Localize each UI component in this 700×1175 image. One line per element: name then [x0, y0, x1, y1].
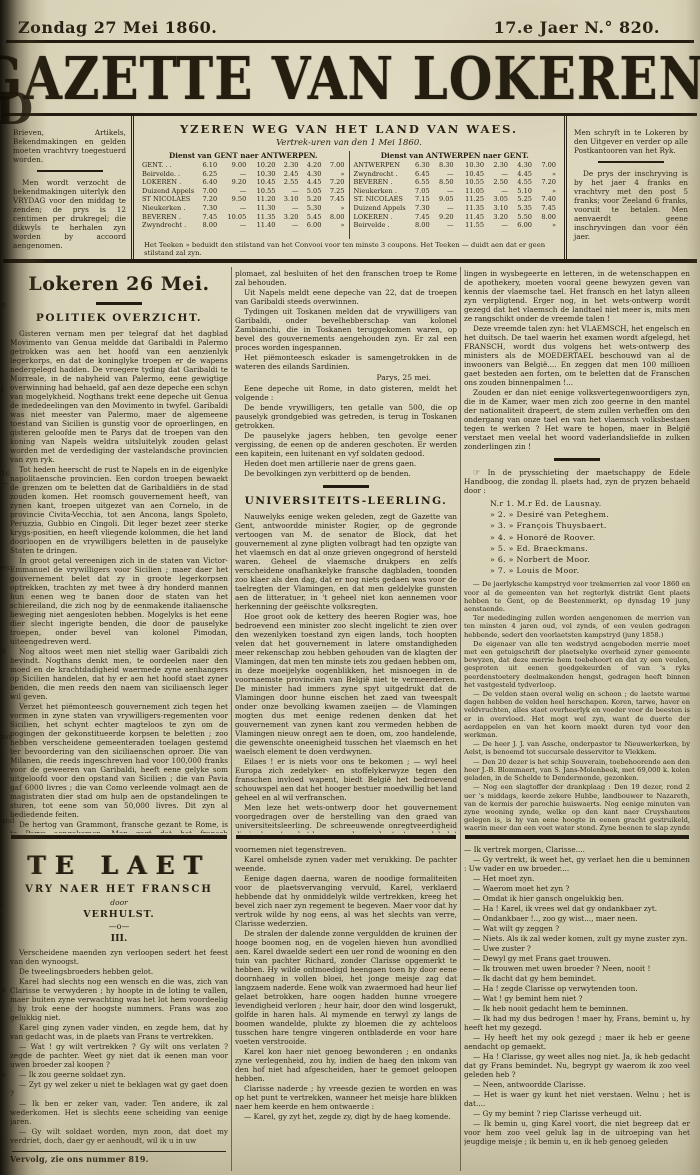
departure-time: 11.40: [246, 221, 275, 230]
departure-time: »: [532, 221, 556, 230]
edge-fragment: p: [1, 300, 15, 309]
departure-time: 5.20: [298, 195, 321, 204]
departure-time: 8.00: [321, 213, 344, 222]
prize-winner: » 4. » Honoré de Roover.: [490, 533, 690, 543]
news-item: — De jaerlyksche kampstryd voor trekmerr…: [464, 580, 690, 613]
departure-time: 7.25: [321, 187, 344, 196]
edge-fragment: en: [1, 563, 15, 572]
article-paragraph: Hoe groot ook de kettery des heeren Rogi…: [235, 612, 457, 756]
story-paragraph: — Dewyl gy met Frans gaet trouwen.: [464, 954, 690, 963]
departure-time: 11.20: [246, 195, 275, 204]
story-paragraph: Eenige dagen daerna, waren de noodige fo…: [235, 874, 457, 928]
story-paragraph: — Gy my bemint ? riep Clarisse verheugd …: [464, 1109, 690, 1118]
departure-time: —: [484, 221, 508, 230]
departure-time: 7.45: [321, 195, 344, 204]
edge-fragment: tot: [1, 732, 15, 741]
departure-time: 9.00: [217, 161, 246, 170]
departure-time: 7.05: [406, 187, 430, 196]
timetable-table: GENT. . .6.109.0010.202.304.207.00Beirve…: [142, 161, 345, 230]
departure-time: 11.45: [454, 213, 484, 222]
body-columns: Lokeren 26 Mei. POLITIEK OVERZICHT. Gist…: [0, 263, 700, 1171]
article-paragraph: Heden doet men artillerie naer de grens …: [235, 459, 457, 468]
departure-time: 9.50: [217, 195, 246, 204]
station-name: LOKEREN .: [142, 178, 194, 187]
departure-time: 4.55: [508, 178, 532, 187]
timetable-row: ST NICOLAES7.209.5011.203.105.207.45: [142, 195, 345, 204]
prize-winner: » 7. » Louis de Moor.: [490, 566, 690, 576]
timetable-row: Nieukerken .7.30—11.30—5.30»: [142, 204, 345, 213]
article-paragraph: Het piëmonteesch eskader is samengetrokk…: [235, 353, 457, 371]
divider-rule: [598, 161, 664, 163]
story-paragraph: — Wat ! gy wilt vertrekken ? Gy wilt ons…: [10, 1042, 228, 1069]
departure-time: —: [217, 221, 246, 230]
departure-time: —: [430, 221, 454, 230]
column-1: Lokeren 26 Mei. POLITIEK OVERZICHT. Gist…: [10, 267, 228, 1171]
timetable-direction-header: Dienst van ANTWERPEN naer GENT.: [354, 151, 557, 160]
news-item: — Nog een slagtoffer der drankplaag : De…: [464, 783, 690, 833]
station-name: Duizend Appels: [354, 204, 406, 213]
story-paragraph: — Wat ! gy bemint hem niet ?: [464, 994, 690, 1003]
timetable-row: Nieukerken .7.05—11.05—5.10»: [354, 187, 557, 196]
story-paragraph: — Ik heb nooit gedacht hem te beminnen.: [464, 1004, 690, 1013]
departure-time: 8.30: [430, 161, 454, 170]
feuilleton-subtitle: VRY NAER HET FRANSCH: [10, 884, 228, 895]
prize-winner: » 5. » Ed. Braeckmans.: [490, 544, 690, 554]
masthead-title: GAZETTE VAN LOKEREN.: [0, 43, 700, 113]
departure-time: 3.10: [275, 195, 298, 204]
departure-time: 10.55: [454, 178, 484, 187]
section-divider: [323, 485, 369, 488]
story-paragraph: — Het is waer gy kunt het niet verstaen.…: [464, 1090, 690, 1108]
station-name: Zwyndrecht .: [354, 170, 406, 179]
column-separator: [460, 267, 461, 1171]
feuilleton-column-1: TE LAET VRY NAER HET FRANSCH door VERHUL…: [10, 841, 228, 1171]
story-paragraph: — Ik zou geerne soldaet zyn.: [10, 1070, 228, 1079]
prize-announcement: ☞ In de prysschieting der maetschappy de…: [464, 468, 690, 495]
edge-fragment: n: [1, 985, 15, 994]
departure-time: 11.25: [454, 195, 484, 204]
article-politiek-overzicht: Gisteren vernam men per telegraf dat het…: [10, 329, 228, 833]
story-paragraph: — Gy wilt soldaet worden, myn zoon, dat …: [10, 1127, 228, 1145]
article-paragraph: Zouden er dan niet eenige volksvertegenw…: [464, 388, 690, 451]
station-name: GENT. . .: [142, 161, 194, 170]
column-2-news: plomaet, zal besluiten of het den fransc…: [235, 267, 457, 833]
issue-number: 17.e Jaer N.° 820.: [494, 18, 660, 37]
departure-time: 7.20: [321, 178, 344, 187]
story-paragraph: — Ik dacht dat gy hem bemindet.: [464, 974, 690, 983]
notice-paragraph: Men wordt verzocht de bekendmakingen uit…: [13, 178, 126, 250]
departure-time: 7.15: [406, 195, 430, 204]
departure-time: 6.00: [298, 221, 321, 230]
departure-time: —: [217, 204, 246, 213]
departure-time: 11.05: [454, 187, 484, 196]
timetable-gent-antwerpen: Dienst van GENT naer ANTWERPEN. GENT. . …: [140, 151, 347, 239]
station-name: Nieukerken .: [354, 187, 406, 196]
departure-time: 7.00: [532, 161, 556, 170]
departure-time: 3.20: [275, 213, 298, 222]
departure-time: 8.00: [194, 221, 217, 230]
feuilleton-rule: [465, 835, 689, 839]
pointing-hand-icon: ☞: [473, 468, 480, 477]
station-name: Beirvelde. .: [142, 170, 194, 179]
masthead-band: GAZETTE VAN LOKEREN.: [0, 43, 700, 113]
story-paragraph: — Omdat ik hier gansch ongelukkig ben.: [464, 894, 690, 903]
article-paragraph: Eilaes ! er is niets voor ons te bekomen…: [235, 757, 457, 802]
timetable-row: Zwyndrecht .6.45—10.45—4.45»: [354, 170, 557, 179]
departure-time: —: [217, 187, 246, 196]
railway-timetable: YZEREN WEG VAN HET LAND VAN WAES. Vertre…: [131, 116, 567, 259]
article-paragraph: plomaet, zal besluiten of het den fransc…: [235, 269, 457, 287]
story-paragraph: — Uwe zuster ?: [464, 944, 690, 953]
story-paragraph: — Ha ! zegde Clarisse op verwytenden too…: [464, 984, 690, 993]
story-paragraph: — Ha ! Karel, ik vrees wel dat gy ondank…: [464, 904, 690, 913]
notice-paragraph: De prys der inschryving is by het jaer 4…: [574, 169, 688, 241]
news-item: De eigenaer van alle ten wedstryd aengeb…: [464, 640, 690, 689]
departure-time: 3.10: [484, 204, 508, 213]
departure-time: 10.45: [246, 178, 275, 187]
departure-time: 7.45: [406, 213, 430, 222]
departure-time: 2.45: [275, 170, 298, 179]
story-paragraph: Clarisse naderde ; hy vreesde gezien te …: [235, 1084, 457, 1111]
departure-time: 6.40: [194, 178, 217, 187]
departure-time: 9.20: [430, 213, 454, 222]
departure-time: 11.55: [454, 221, 484, 230]
article-universiteits-leerling: Nauwelyks eenige weken geleden, zegt de …: [235, 512, 457, 833]
departure-time: 9.05: [430, 195, 454, 204]
feuilleton-title: TE LAET: [10, 851, 228, 880]
article-paragraph: lingen in wysbegeerte en letteren, in de…: [464, 269, 690, 323]
divider-rule: [37, 170, 103, 172]
column-3: lingen in wysbegeerte en letteren, in de…: [464, 267, 690, 1171]
departure-time: 7.20: [532, 178, 556, 187]
subscription-notice-box: Men schryft in te Lokeren by den Uitgeve…: [567, 116, 700, 259]
station-name: Zwyndrecht .: [142, 221, 194, 230]
article-paragraph: Gisteren vernam men per telegraf dat het…: [10, 329, 228, 464]
timetable-antwerpen-gent: Dienst van ANTWERPEN naer GENT. ANTWERPE…: [352, 151, 559, 239]
column-1-news: Lokeren 26 Mei. POLITIEK OVERZICHT. Gist…: [10, 267, 228, 833]
timetable-row: Beirvelde .8.00—11.55—6.00»: [354, 221, 557, 230]
story-paragraph: voornemen niet tegenstreven.: [235, 845, 457, 854]
departure-time: 4.30: [298, 170, 321, 179]
article-paragraph: Tot heden heerscht de rust te Napels en …: [10, 465, 228, 555]
section-title-universiteits: UNIVERSITEITS-LEERLING.: [235, 495, 457, 507]
story-paragraph: — Ik vertrek morgen, Clarisse....: [464, 845, 690, 854]
station-name: BEVEREN .: [354, 178, 406, 187]
departure-time: 8.00: [406, 221, 430, 230]
station-name: ST. NICOLAES: [354, 195, 406, 204]
timetable-row: Duizend Appels7.00—10.55—5.057.25: [142, 187, 345, 196]
article-paragraph: De hertog van Grammont, fransche gezant …: [10, 820, 228, 833]
feuilleton-rule: [11, 835, 227, 839]
article-paragraph: In groot getal vereenigen zich in de sta…: [10, 556, 228, 646]
article-paragraph: De bende vrywilligers, ten getalle van 5…: [235, 403, 457, 430]
story-paragraph: — Ik trouwen met uwen broeder ? Neen, no…: [464, 964, 690, 973]
departure-time: 6.55: [406, 178, 430, 187]
article-paragraph: Nauwelyks eenige weken geleden, zegt de …: [235, 512, 457, 611]
departure-time: »: [321, 204, 344, 213]
departure-time: 4.45: [508, 170, 532, 179]
edge-fragment: d: [1, 647, 15, 656]
departure-time: 2.50: [484, 178, 508, 187]
departure-time: 7.00: [194, 187, 217, 196]
timetable-row: ST. NICOLAES7.159.0511.253.055.257.40: [354, 195, 557, 204]
station-name: Nieukerken .: [142, 204, 194, 213]
departure-time: —: [430, 187, 454, 196]
departure-time: 11.35: [246, 213, 275, 222]
station-name: ANTWERPEN: [354, 161, 406, 170]
section-divider: [96, 302, 142, 305]
story-paragraph: Karel omhelsde zynen vader met verukking…: [235, 855, 457, 873]
page-edge-letter: D: [0, 84, 33, 135]
prize-winner: N.r 1. M.r Ed. de Lausnay.: [490, 499, 690, 509]
departure-time: 4.20: [298, 161, 321, 170]
departure-time: 5.35: [508, 204, 532, 213]
timetable-row: ANTWERPEN6.308.3010.302.304.307.00: [354, 161, 557, 170]
departure-time: —: [275, 221, 298, 230]
timetable-row: Beirvelde. .6.25—10.302.454.30»: [142, 170, 345, 179]
issue-date: Zondag 27 Mei 1860.: [18, 18, 217, 37]
article-paragraph: De bevolkingen zyn verbitterd op de bend…: [235, 469, 457, 478]
section-divider: [554, 458, 600, 461]
column-separator: [231, 267, 232, 1171]
station-name: Beirvelde .: [354, 221, 406, 230]
story-paragraph: — Waerom moet het zyn ?: [464, 884, 690, 893]
departure-time: 2.30: [484, 161, 508, 170]
departure-time: 4.30: [508, 161, 532, 170]
departure-time: 6.30: [406, 161, 430, 170]
timetable-direction-header: Dienst van GENT naer ANTWERPEN.: [142, 151, 345, 160]
station-name: BEVEREN .: [142, 213, 194, 222]
story-paragraph: — Ondankbaer !.., zoo gy wist..., maer n…: [464, 914, 690, 923]
timetable-row: Zwyndrecht .8.00—11.40—6.00»: [142, 221, 345, 230]
submission-notice-box: Brieven, Artikels, Bekendmakingen en gel…: [0, 116, 131, 259]
departure-time: 7.30: [406, 204, 430, 213]
edge-fragment: e: [1, 1070, 15, 1079]
departure-time: —: [430, 170, 454, 179]
departure-time: 8.50: [430, 178, 454, 187]
story-paragraph: Karel had slechts nog een wensch en die …: [10, 977, 228, 1022]
timetable-row: BEVEREN .7.4510.0511.353.205.458.00: [142, 213, 345, 222]
departure-time: —: [275, 187, 298, 196]
departure-time: —: [484, 170, 508, 179]
feuilleton-text: Verscheidene maenden zyn verloopen seder…: [10, 948, 228, 1145]
edge-fragment: and: [1, 816, 15, 825]
page-edge-fragments: pl16—endtotandlne: [1, 300, 15, 1080]
story-paragraph: — Ik bemin u, ging Karel voort, die niet…: [464, 1119, 690, 1146]
story-paragraph: Karel kon haer niet genoeg bewonderen ; …: [235, 1047, 457, 1083]
news-item: — De velden staen overal welig en schoon…: [464, 690, 690, 739]
timetable-title: YZEREN WEG VAN HET LAND VAN WAES.: [140, 122, 558, 136]
edge-fragment: 16—: [1, 469, 15, 487]
feuilleton-chapter: III.: [10, 933, 228, 944]
article-continuation: lingen in wysbegeerte en letteren, in de…: [464, 269, 690, 451]
departure-time: »: [532, 187, 556, 196]
departure-time: 5.25: [508, 195, 532, 204]
departure-time: 10.20: [246, 161, 275, 170]
story-paragraph: — Zyt gy wel zeker u niet te beklagen wa…: [10, 1080, 228, 1098]
station-name: Duizend Appels: [142, 187, 194, 196]
story-paragraph: — Niets. Als ik zal weder komen, zult gy…: [464, 934, 690, 943]
departure-time: 8.00: [532, 213, 556, 222]
notice-paragraph: Men schryft in te Lokeren by den Uitgeve…: [574, 128, 688, 155]
feuilleton-author: VERHULST.: [10, 909, 228, 920]
story-paragraph: Verscheidene maenden zyn verloopen seder…: [10, 948, 228, 966]
issue-header-row: Zondag 27 Mei 1860. 17.e Jaer N.° 820.: [0, 0, 700, 40]
departure-time: 10.05: [217, 213, 246, 222]
story-paragraph: — Karel, gy zyt het, zegde zy, digt by d…: [235, 1112, 457, 1121]
departure-time: »: [321, 221, 344, 230]
article-paragraph: Nog altoos weet men niet stellig waer Ga…: [10, 647, 228, 701]
departure-time: 5.50: [508, 213, 532, 222]
departure-time: 5.45: [298, 213, 321, 222]
departure-time: 10.55: [246, 187, 275, 196]
departure-time: »: [321, 170, 344, 179]
story-paragraph: — Ik had my dus bedrogen ! maer hy, Fran…: [464, 1014, 690, 1032]
story-paragraph: De tweelingsbroeders hebben gelot.: [10, 967, 228, 976]
departure-time: 6.00: [508, 221, 532, 230]
timetable-row: LOKEREN .7.459.2011.453.205.508.00: [354, 213, 557, 222]
story-paragraph: Karel ging zynen vader vinden, en zegde …: [10, 1023, 228, 1041]
story-paragraph: — Gy vertrekt, ik weet het, gy verlaet h…: [464, 855, 690, 873]
article-paragraph: Men leze het wets-ontwerp door het gouve…: [235, 803, 457, 833]
departure-time: 3.05: [484, 195, 508, 204]
departure-time: —: [275, 204, 298, 213]
feuilleton-rule: [236, 835, 456, 839]
article-continuation: plomaet, zal besluiten of het den fransc…: [235, 269, 457, 371]
departure-time: 4.45: [298, 178, 321, 187]
timetable-row: BEVEREN .6.558.5010.552.504.557.20: [354, 178, 557, 187]
prize-winners-list: N.r 1. M.r Ed. de Lausnay.» 2. » Desiré …: [464, 496, 690, 580]
local-news-items: — De jaerlyksche kampstryd voor trekmerr…: [464, 580, 690, 833]
departure-time: 7.45: [532, 204, 556, 213]
departure-time: 11.35: [454, 204, 484, 213]
departure-time: 5.05: [298, 187, 321, 196]
edge-fragment: l: [1, 385, 15, 394]
feuilleton-ornament: —o—: [10, 922, 228, 931]
feuilleton-column-3: — Ik vertrek morgen, Clarisse....— Gy ve…: [464, 841, 690, 1171]
story-paragraph: De stralen der dalende zonne verguldden …: [235, 929, 457, 1046]
article-paragraph: Verzet het piëmonteesch gouvernement zic…: [10, 702, 228, 819]
header-info-band: Brieven, Artikels, Bekendmakingen en gel…: [0, 116, 700, 259]
departure-time: 9.20: [217, 178, 246, 187]
article-paragraph: Deze vreemde talen zyn: het VLAEMSCH, he…: [464, 324, 690, 387]
departure-time: 7.20: [194, 195, 217, 204]
paris-dispatch: Eene depeche uit Rome, in dato gisteren,…: [235, 384, 457, 478]
timetable-footnote: Het Teeken » beduidt den stilstand van h…: [140, 241, 558, 257]
article-paragraph: Tydingen uit Toskanen melden dat de vryw…: [235, 307, 457, 352]
departure-time: 10.30: [246, 170, 275, 179]
timetable-columns: Dienst van GENT naer ANTWERPEN. GENT. . …: [140, 151, 558, 239]
story-paragraph: — Hy heeft het my ook gezegd ; maer ik h…: [464, 1033, 690, 1051]
timetable-row: GENT. . .6.109.0010.202.304.207.00: [142, 161, 345, 170]
departure-time: 6.10: [194, 161, 217, 170]
departure-time: 7.00: [321, 161, 344, 170]
prize-winner: » 6. » Norbert de Moor.: [490, 555, 690, 565]
departure-time: 2.55: [275, 178, 298, 187]
departure-time: 7.30: [194, 204, 217, 213]
timetable-row: LOKEREN .6.409.2010.452.554.457.20: [142, 178, 345, 187]
continuation-note: Vervolg, zie ons nummer 819.: [10, 1155, 228, 1164]
column-3-news: lingen in wysbegeerte en letteren, in de…: [464, 267, 690, 833]
story-paragraph: — Neen, antwoordde Clarisse.: [464, 1080, 690, 1089]
story-paragraph: — Wat wilt gy zeggen ?: [464, 924, 690, 933]
news-item: — Den 20 dezer is het schip Souverain, t…: [464, 758, 690, 783]
continuation-rule: [12, 1151, 226, 1152]
feuilleton-column-2: voornemen niet tegenstreven.Karel omhels…: [235, 841, 457, 1171]
timetable-row: Duizend Appels7.30—11.353.105.357.45: [354, 204, 557, 213]
column-2: plomaet, zal besluiten of het den fransc…: [235, 267, 457, 1171]
departure-time: 5.30: [298, 204, 321, 213]
departure-time: 6.45: [406, 170, 430, 179]
article-paragraph: De pauselyke jagers hebben, ten gevolge …: [235, 431, 457, 458]
departure-time: 11.30: [246, 204, 275, 213]
article-paragraph: Eene depeche uit Rome, in dato gisteren,…: [235, 384, 457, 402]
departure-time: 6.25: [194, 170, 217, 179]
newspaper-page: Zondag 27 Mei 1860. 17.e Jaer N.° 820. G…: [0, 0, 700, 1175]
departure-time: 10.45: [454, 170, 484, 179]
prize-winner: » 3. » François Thuysbaert.: [490, 521, 690, 531]
departure-time: 7.40: [532, 195, 556, 204]
station-name: ST NICOLAES: [142, 195, 194, 204]
feuilleton-byline-door: door: [10, 898, 228, 907]
city-dateline: Lokeren 26 Mei.: [10, 273, 228, 295]
departure-time: 5.10: [508, 187, 532, 196]
timetable-subtitle: Vertrek-uren van den 1 Mei 1860.: [140, 138, 558, 148]
station-name: LOKEREN .: [354, 213, 406, 222]
departure-time: —: [484, 187, 508, 196]
section-title-politiek: POLITIEK OVERZICHT.: [10, 312, 228, 324]
story-paragraph: — Het moet zyn.: [464, 874, 690, 883]
edge-fragment: l: [1, 901, 15, 910]
story-paragraph: — Ha ! Clarisse, gy weet alles nog niet.…: [464, 1052, 690, 1079]
departure-time: —: [217, 170, 246, 179]
departure-time: 10.30: [454, 161, 484, 170]
departure-time: 2.30: [275, 161, 298, 170]
news-item: Ter mededinging zullen worden aengenomen…: [464, 614, 690, 639]
departure-time: 3.20: [484, 213, 508, 222]
story-paragraph: — Ik ben er zeker van, vader. Ten andere…: [10, 1099, 228, 1126]
departure-time: »: [532, 170, 556, 179]
timetable-table: ANTWERPEN6.308.3010.302.304.307.00Zwyndr…: [354, 161, 557, 230]
paris-dateline: Parys, 25 mei.: [235, 373, 457, 382]
departure-time: —: [430, 204, 454, 213]
timetable-divider: [349, 151, 350, 239]
article-paragraph: Uit Napels meldt eene depeche van 22, da…: [235, 288, 457, 306]
prize-winner: » 2. » Desiré van Peteghem.: [490, 510, 690, 520]
departure-time: 7.45: [194, 213, 217, 222]
prize-intro-text: In de prysschieting der maetschappy de E…: [464, 468, 690, 495]
news-item: — De heer J. J. van Assche, onderpastor …: [464, 740, 690, 756]
